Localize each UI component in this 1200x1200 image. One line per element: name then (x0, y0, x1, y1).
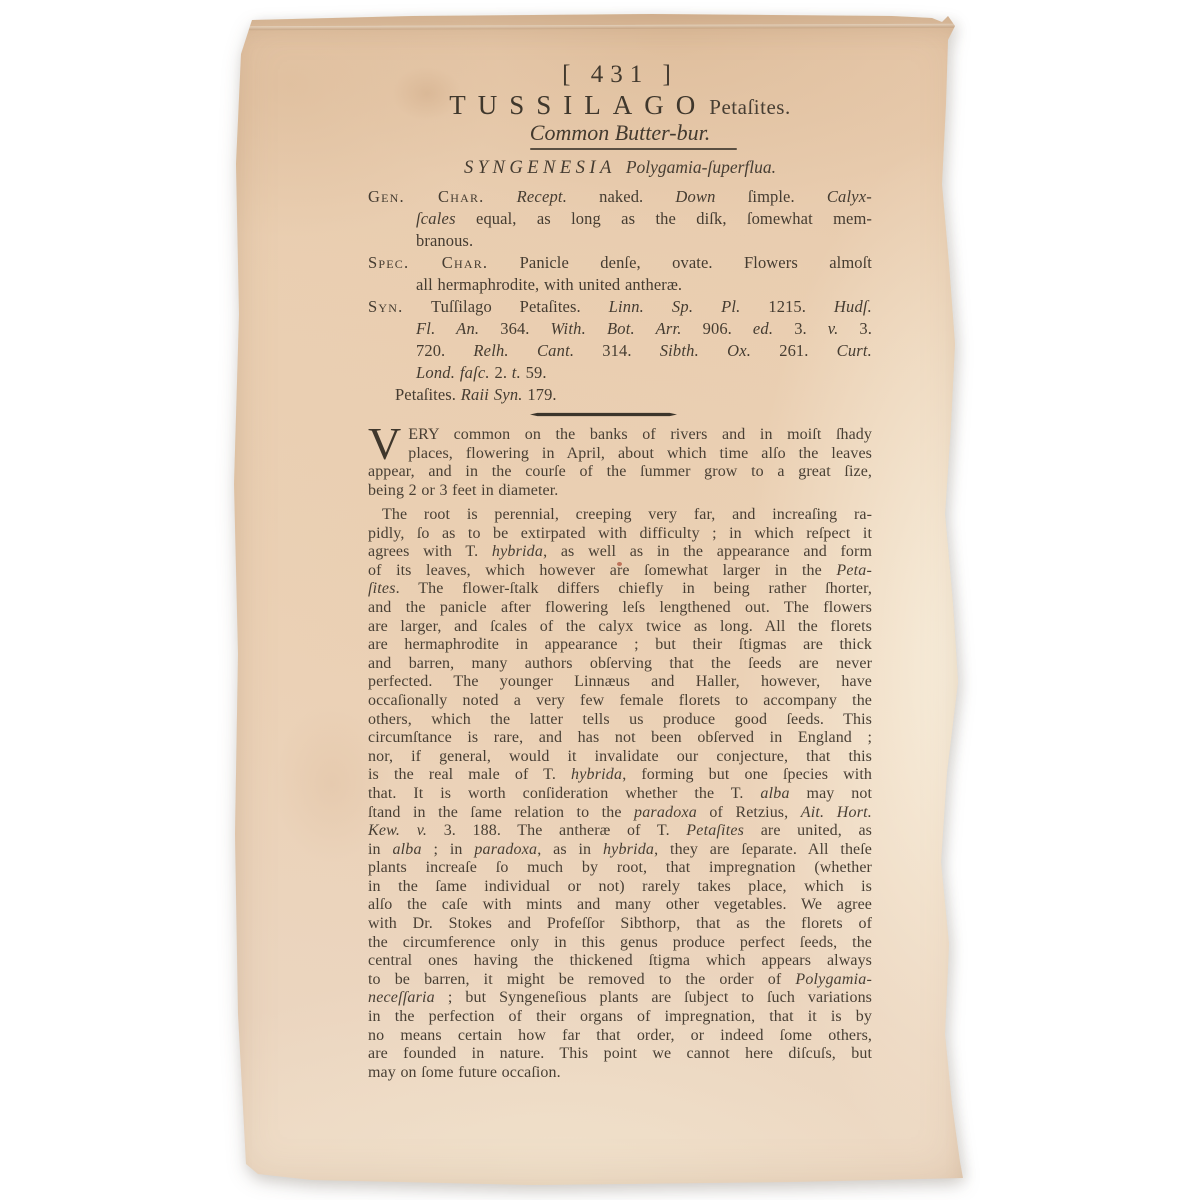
text-line: are founded in nature. This point we can… (368, 1045, 872, 1064)
text-line: The root is perennial, creeping very far… (368, 506, 872, 525)
text-line: central ones having the thickened ſtigma… (368, 952, 872, 971)
text-line: in the ſame individual or not) rarely ta… (368, 878, 872, 897)
text-line: appear, and in the courſe of the ſummer … (368, 463, 872, 482)
characters-section: Gen. Char. Recept. naked. Down ſimple. C… (368, 186, 872, 406)
genus-name: TUSSILAGO (449, 90, 707, 120)
text-line: to be barren, it might be removed to the… (368, 971, 872, 990)
scan-background: [ 431 ] TUSSILAGOPetaſites. Common Butte… (0, 0, 1200, 1200)
species-name: Petaſites. (709, 95, 790, 119)
page-number: [ 431 ] (368, 61, 872, 89)
divider-thick (530, 412, 677, 417)
text-line: and the panicle after flowering leſs len… (368, 599, 872, 618)
text-line: with Dr. Stokes and Profeſſor Sibthorp, … (368, 915, 872, 934)
text-line: others, which the latter tells us produc… (368, 711, 872, 730)
text-line: all hermaphrodite, with united antheræ. (368, 274, 872, 296)
text-line: in alba ; in paradoxa, as in hybrida, th… (368, 841, 872, 860)
text-line: branous. (368, 230, 872, 252)
text-line: no means certain how far that order, or … (368, 1027, 872, 1046)
order-name: Polygamia-ſuperflua. (626, 157, 776, 177)
classification: SYNGENESIA Polygamia-ſuperflua. (368, 157, 872, 179)
text-line: neceſſaria ; but Syngeneſious plants are… (368, 989, 872, 1008)
text-line: that. It is worth conſideration whether … (368, 785, 872, 804)
text-line: pidly, ſo as to be extirpated with diffi… (368, 525, 872, 544)
paragraph-2: The root is perennial, creeping very far… (368, 506, 872, 1082)
text-line: Gen. Char. Recept. naked. Down ſimple. C… (368, 186, 872, 208)
text-line: places, flowering in April, about which … (368, 445, 872, 464)
text-line: ſtand in the ſame relation to the parado… (368, 804, 872, 823)
class-name: SYNGENESIA (464, 158, 616, 178)
text-line: circumſtance is rare, and has not been o… (368, 729, 872, 748)
text-line: is the real male of T. hybrida, forming … (368, 766, 872, 785)
drop-cap: V (368, 426, 408, 461)
text-line: ſcales equal, as long as the diſk, ſomew… (368, 208, 872, 230)
book-page: [ 431 ] TUSSILAGOPetaſites. Common Butte… (232, 14, 966, 1185)
text-line: are larger, and ſcales of the calyx twic… (368, 618, 872, 637)
paragraph-1-lines: ERY common on the banks of rivers and in… (368, 426, 872, 500)
text-line: perfected. The younger Linnæus and Halle… (368, 673, 872, 692)
text-line: 720. Relh. Cant. 314. Sibth. Ox. 261. Cu… (368, 340, 872, 362)
text-line: Petaſites. Raii Syn. 179. (368, 384, 872, 406)
common-name: Common Butter-bur. (368, 120, 872, 146)
divider-thin (530, 148, 737, 150)
text-line: Spec. Char. Panicle denſe, ovate. Flower… (368, 252, 872, 274)
text-line: occaſionally noted a very few female flo… (368, 692, 872, 711)
paper-sheet: [ 431 ] TUSSILAGOPetaſites. Common Butte… (232, 14, 966, 1185)
page-title: TUSSILAGOPetaſites. (368, 90, 872, 121)
text-line: Lond. faſc. 2. t. 59. (368, 362, 872, 384)
text-line: Kew. v. 3. 188. The antheræ of T. Petaſi… (368, 822, 872, 841)
text-line: and barren, many authors obſerving that … (368, 655, 872, 674)
text-line: being 2 or 3 feet in diameter. (368, 482, 872, 501)
text-line: the circumference only in this genus pro… (368, 934, 872, 953)
paragraph-1: V ERY common on the banks of rivers and … (368, 426, 872, 500)
text-line: Syn. Tuſſilago Petaſites. Linn. Sp. Pl. … (368, 296, 872, 318)
paper-crease (238, 24, 956, 31)
text-line: ERY common on the banks of rivers and in… (368, 426, 872, 445)
text-line: agrees with T. hybrida, as well as in th… (368, 543, 872, 562)
text-line: alſo the caſe with mints and many other … (368, 896, 872, 915)
text-line: are hermaphrodite in appearance ; but th… (368, 636, 872, 655)
text-line: may on ſome future occaſion. (368, 1064, 872, 1083)
text-line: nor, if general, would it invalidate our… (368, 748, 872, 767)
text-line: Fl. An. 364. With. Bot. Arr. 906. ed. 3.… (368, 318, 872, 340)
text-line: plants increaſe ſo much by root, that im… (368, 859, 872, 878)
text-line: in the perfection of their organs of imp… (368, 1008, 872, 1027)
text-line: ſites. The flower-ſtalk differs chiefly … (368, 580, 872, 599)
text-line: of its leaves, which however are ſomewha… (368, 562, 872, 581)
